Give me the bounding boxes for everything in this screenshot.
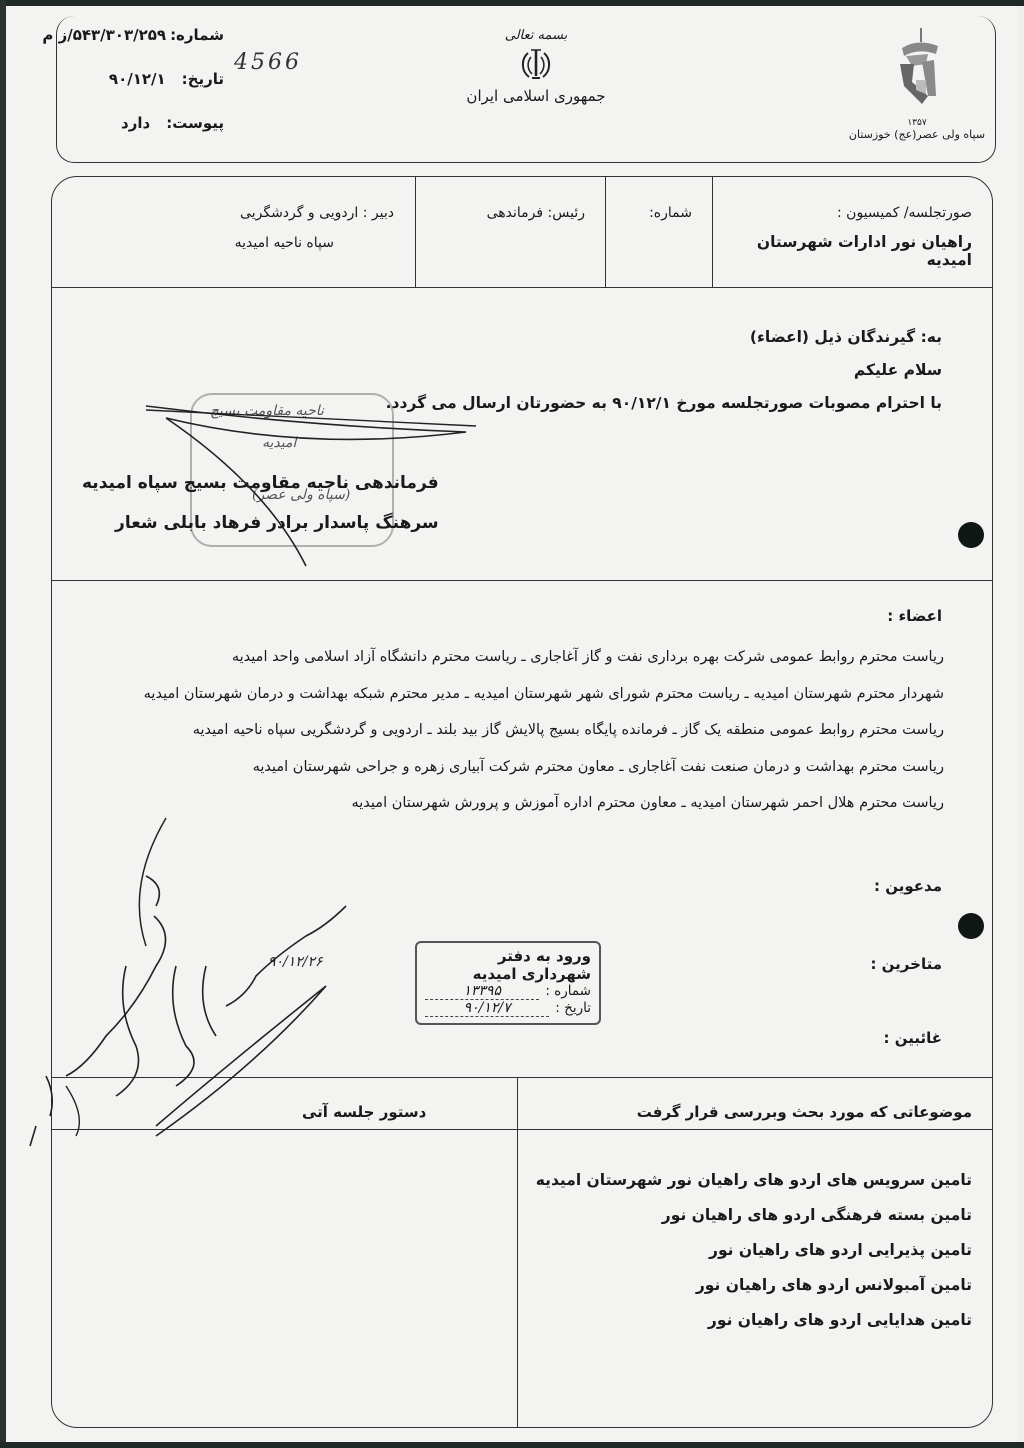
document-page: شماره: ۵۴۳/۳۰۳/۲۵۹/ز م تاریخ: ۹۰/۱۲/۱ پی… — [6, 6, 1018, 1442]
handwritten-date: ۹۰/۱۲/۲۶ — [268, 954, 324, 970]
seal-cross-stroke — [146, 406, 466, 566]
scan-edge-bottom — [0, 1442, 1024, 1448]
handwritten-annotations: ۹۰/۱۲/۲۶ — [6, 6, 1018, 1442]
